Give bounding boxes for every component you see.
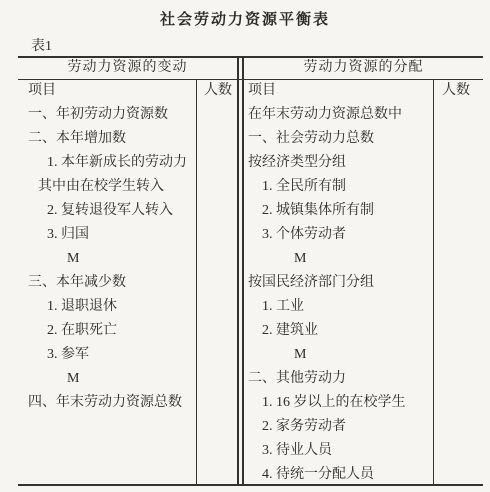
table-row: 2. 建筑业 <box>248 319 433 343</box>
table-row: 一、年初劳动力资源数 <box>28 103 206 127</box>
right-items-column: 项目 在年末劳动力资源总数中一、社会劳动力总数按经济类型分组1. 全民所有制2.… <box>245 79 433 487</box>
section-divider-line-2 <box>242 56 244 484</box>
page-title: 社会劳动力资源平衡表 <box>0 8 490 29</box>
table-row: 1. 退职退休 <box>28 295 206 319</box>
right-count-column: 人数 <box>434 79 490 103</box>
table-row: 3. 个体劳动者 <box>248 223 433 247</box>
left-count-column: 人数 <box>197 79 244 103</box>
table-row: 3. 归国 <box>28 223 206 247</box>
table-row: 1. 全民所有制 <box>248 175 433 199</box>
left-items-column: 项目 一、年初劳动力资源数二、本年增加数1. 本年新成长的劳动力其中由在校学生转… <box>18 79 206 415</box>
right-count-column-header: 人数 <box>442 79 490 103</box>
table-row: 其中由在校学生转入 <box>28 175 206 199</box>
right-item-column-header: 项目 <box>248 79 433 103</box>
right-count-divider <box>433 79 434 484</box>
table-row: 1. 工业 <box>248 295 433 319</box>
table-row: 3. 参军 <box>28 343 206 367</box>
table-row: 2. 家务劳动者 <box>248 415 433 439</box>
section-header-distribution: 劳动力资源的分配 <box>244 58 483 79</box>
table-row: 按国民经济部门分组 <box>248 271 433 295</box>
table-row: M <box>28 247 206 271</box>
table-row: 2. 城镇集体所有制 <box>248 199 433 223</box>
table-row: 2. 复转退役军人转入 <box>28 199 206 223</box>
section-divider-line-1 <box>237 56 239 484</box>
table-row: 1. 本年新成长的劳动力 <box>28 151 206 175</box>
table-row: 一、社会劳动力总数 <box>248 127 433 151</box>
table-row: 二、其他劳动力 <box>248 367 433 391</box>
table-row: 按经济类型分组 <box>248 151 433 175</box>
table-row: M <box>248 343 433 367</box>
table-row: M <box>248 247 433 271</box>
table-row: 三、本年减少数 <box>28 271 206 295</box>
table-row: 在年末劳动力资源总数中 <box>248 103 433 127</box>
document-page: 社会劳动力资源平衡表 表1 劳动力资源的变动 劳动力资源的分配 项目 一、年初劳… <box>0 0 490 492</box>
left-count-column-header: 人数 <box>204 79 244 103</box>
left-item-column-header: 项目 <box>28 79 206 103</box>
section-header-changes: 劳动力资源的变动 <box>18 58 237 79</box>
table-row: 四、年末劳动力资源总数 <box>28 391 206 415</box>
table-row: M <box>28 367 206 391</box>
table-row: 二、本年增加数 <box>28 127 206 151</box>
table-row: 4. 待统一分配人员 <box>248 463 433 487</box>
table-label: 表1 <box>31 35 52 55</box>
table-row: 1. 16 岁以上的在校学生 <box>248 391 433 415</box>
table-row: 3. 待业人员 <box>248 439 433 463</box>
table-row: 2. 在职死亡 <box>28 319 206 343</box>
